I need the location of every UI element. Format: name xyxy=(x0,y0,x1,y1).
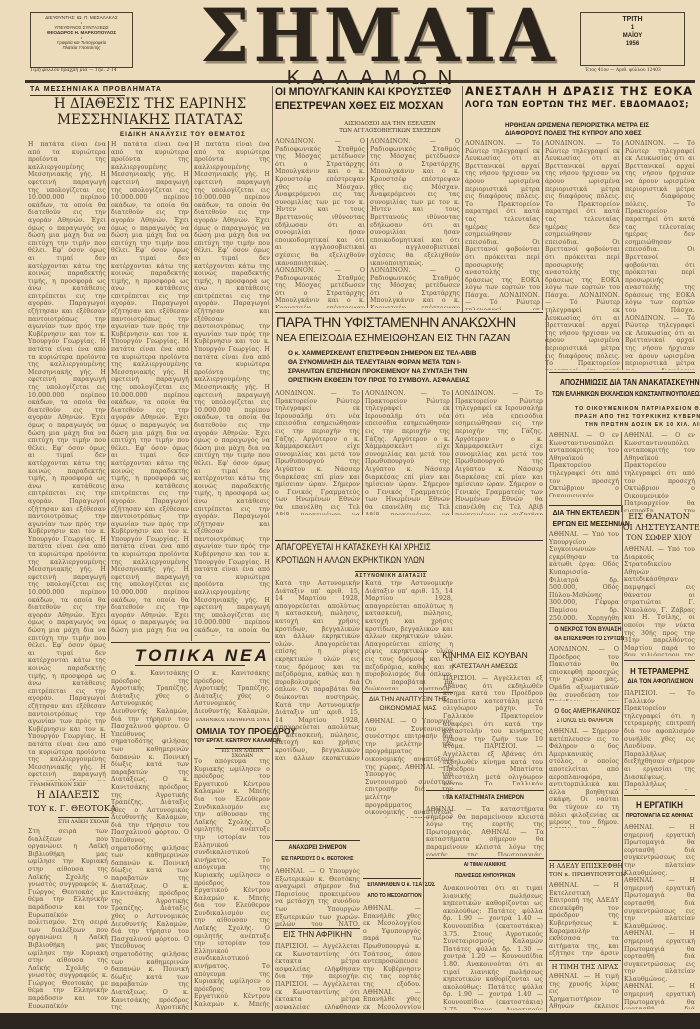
death-body: ΑΘΗΝΑΙ. — Υπό του Διαρκούς Στρατοδικείου… xyxy=(624,546,695,656)
patriarchate-headline-2: ΤΩΝ ΕΛΛΗΝΙΚΩΝ ΕΚΚΛΗΣΙΩΝ ΚΩΝΣΤΑΝΤΙΝΟΥΠΟΛΕ… xyxy=(552,391,700,398)
death-headline-1: ΕΙΣ ΘΑΝΑΤΟΝ xyxy=(623,512,695,521)
theotokas-kicker: ΓΡΑΜΜΑΤΙΚΟΝ ΣΚΙΡ xyxy=(30,782,86,788)
gaza-body-col3: ΛΟΝΔΙΝΟΝ. — Το Πρακτορείον Ρώυτερ τηλεγρ… xyxy=(455,390,543,515)
date-box: ΤΡΙΤΗ 1 ΜΑΪΟΥ 1956 xyxy=(580,12,685,66)
patriarchate-subhead-3: ΤΗΝ ΠΡΩΤΗΝ ΔΟΣΙΝ ΕΚ 10 ΧΙΛ. ΛΙΡΩΝ xyxy=(585,422,700,428)
labor-speech-kicker: ΕΛΛΗΝΙΚΟΣ ΕΛΕΥΘΕΡΟΣ ΣΥΝΔΙΚΑΛΙΣΜΟΣ xyxy=(196,718,270,723)
fireworks-body-col1: Κατά την Αστυνομικήν Διάταξιν υπ' αριθ. … xyxy=(275,580,360,760)
labor-speech-headline-2: ΤΟΥ ΕΡΓΑΤ. ΚΕΝΤΡΟΥ ΚΑΛΑΜΩΝ xyxy=(194,738,272,744)
pound-body: ΑΘΗΝΑΙ. — Η τιμή της χρυσής λίρας εις το… xyxy=(549,973,619,1009)
local-news-body-col2: Ο κ. Κανιτσάκης πρόεδρος της Αγροτικής Τ… xyxy=(194,670,270,715)
tsatsos-body: ΑΘΗΝΑΙ. — Επανήλθε χθες εκ Μεσολογγίου ο… xyxy=(363,905,421,1009)
stores-headline: ΤΑ ΚΑΤΑΣΤΗΜΑΤΑ ΣΗΜΕΡΟΝ xyxy=(435,794,535,801)
adedy-body: ΑΘΗΝΑΙ. — Η Εκτελεστική Επιτροπή της ΑΔΕ… xyxy=(549,882,619,957)
stores-body: ΑΘΗΝΑΙ. — Τα καταστήματα σήμερον θα παρα… xyxy=(426,806,544,856)
adedy-headline-1: Η ΑΔΕΔΥ ΕΠΙΣΚΕΦΘΗ xyxy=(549,863,621,870)
day-number: 1 xyxy=(581,24,684,32)
labor-speech-headline-1: ΟΜΙΛΙΑ ΤΟΥ ΠΡΟΕΔΡΟΥ xyxy=(196,726,270,736)
gaza-headline-2: ΝΕΑ ΕΠΕΙΣΟΔΙΑ ΕΣΗΜΕΙΩΘΗΣΑΝ ΕΙΣ ΤΗΝ ΓΑΖΑΝ xyxy=(276,333,510,344)
bulganin-subhead-1: ΑΙΣΙΟΔΟΞΟΙ ΔΙΑ ΤΗΝ ΕΞΕΛΙΞΙΝ xyxy=(320,121,460,127)
gaza-subhead-4: ΟΡΙΣΤΙΚΗΝ ΕΚΘΕΣΙΝ ΤΟΥ ΠΡΟΣ ΤΟ ΣΥΜΒΟΥΛ. Α… xyxy=(288,377,470,384)
masthead-title: ΣΗΜΑΙΑ xyxy=(200,0,555,71)
theotokas-headline-1: Η ΔΙΑΛΕΞΙΣ xyxy=(28,790,108,801)
pound-headline: Η ΤΙΜΗ ΤΗΣ ΛΙΡΑΣ xyxy=(549,963,621,971)
american-headline-1: Ο 6ος ΑΜΕΡΙΚΑΝΙΚΟΣ xyxy=(554,706,615,715)
newspaper-page: ΔΙΕΥΘΥΝΤΗΣ: ΙΩ. Π. ΜΕΣΑΛΑΚΑΣ • ΥΠΕΥΘΥΝΟΣ… xyxy=(0,0,700,1029)
theotokis-headline-2: ΕΙΣ ΠΑΡΙΣΙΟΥΣ Ο κ. ΘΕΟΤΟΚΗΣ xyxy=(281,856,353,862)
may-day-headline-2: ΠΡΩΤΟΜΑΓΙΑ ΕΙΣ ΑΘΗΝΑΣ xyxy=(624,813,695,819)
bulganin-headline-1: ΟΙ ΜΠΟΥΛΓΚΑΝΙΝ ΚΑΙ ΚΡΟΥΣΤΣΕΦ xyxy=(275,86,451,98)
eoka-headline-1: ΑΝΕΣΤΑΛΗ Η ΔΡΑΣΙΣ ΤΗΣ ΕΟΚΑ xyxy=(465,84,693,98)
labor-speech-body: Το απόγευμα της Κυριακής ωμίλησεν ο πρόε… xyxy=(194,758,270,1008)
eoka-body-col1: ΛΟΝΔΙΝΟΝ. — Τό Ρώυτερ τηλεγραφεί εκ Λευκ… xyxy=(465,140,540,310)
eoka-body-col2: ΛΟΝΔΙΝΟΝ. — Τό Ρώυτερ τηλεγραφεί εκ Λευκ… xyxy=(545,140,620,370)
american-body: ΑΘΗΝΑΙ. — Σήμερον κατέπλευσεν εις το Φάλ… xyxy=(549,728,619,828)
africa-headline: ΕΙΣ ΤΗΝ ΑΦΡΙΚΗΝ xyxy=(275,930,360,939)
eoka-subhead-1: ΗΡΘΗΣΑΝ ΩΡΙΣΜΕΝΑ ΠΕΡΙΟΡΙΣΤΙΚΑ ΜΕΤΡΑ ΕΙΣ xyxy=(505,122,649,129)
address-line: Πλατεία Υπαπαντής xyxy=(34,45,129,50)
fireworks-headline-2: ΚΡΟΤΙΔΩΝ Η ΑΛΛΩΝ ΕΚΡΗΚΤΙΚΩΝ ΥΛΩΝ xyxy=(276,555,424,566)
potato-headline-1: Η ΔΙΑΘΕΣΙΣ ΤΗΣ ΕΑΡΙΝΗΣ xyxy=(30,96,270,112)
potato-headline-2: ΜΕΣΣΗΝΙΑΚΗΣ ΠΑΤΑΤΑΣ xyxy=(30,112,270,128)
bulganin-headline-2: ΕΠΕΣΤΡΕΨΑΝ ΧΘΕΣ ΕΙΣ ΜΟΣΧΑΝ xyxy=(275,100,443,112)
economy-body: ΑΘΗΝΑΙ. — Ο Υπουργός του Συντονισμού συν… xyxy=(365,718,453,818)
patriarchate-headline-1: ΑΠΟΖΗΜΙΩΣΙΣ ΔΙΑ ΤΑΝ ΑΝΑΚΑΤΑΣΚΕΥΗΝ xyxy=(560,378,700,387)
theotokas-headline-2: ΤΟΥ κ. Γ. ΘΕΟΤΟΚΑ xyxy=(28,804,108,814)
tetramerhs-body: ΠΑΡΙΣΙΟΙ. — Το Γαλλικόν Πρακτορείον τηλε… xyxy=(624,690,695,790)
masthead-rule xyxy=(25,80,695,83)
prices-headline-2: ΠΩΛΗΣΕΩΣ ΚΗΠΟΥΡΙΚΩΝ xyxy=(435,873,535,879)
gaza-body-col1: ΛΟΝΔΙΝΟΝ. — Το Πρακτορείον Ρώυτερ τηλεγρ… xyxy=(275,390,360,515)
issue-note: Έτος 41ον — Αριθ. φύλλου 12403 xyxy=(585,68,661,73)
year: 1956 xyxy=(581,40,684,48)
weekday: ΤΡΙΤΗ xyxy=(581,15,684,24)
theotokas-body: Στη σειρά των διαλέξεων που οργανώνει η … xyxy=(28,828,108,1008)
american-headline-2: ΣΤΟΛΟΣ ΕΙΣ ΦΑΛΗΡΟΝ xyxy=(554,718,615,724)
may-day-body: ΑΘΗΝΑΙ. — Η σημερινή εργατική Πρωτομαγιά… xyxy=(624,824,695,1009)
cuba-body: ΠΑΡΙΣΙΟΙ. — Αγγέλλεται εξ Αβάνας ότι εκδ… xyxy=(443,675,543,785)
gaza-subhead-1: Ο κ. ΧΑΜΜΕΡΣΚΕΛΝΤ ΕΠΙΣΤΡΕΦΩΝ ΣΗΜΕΡΟΝ ΕΙΣ… xyxy=(288,350,476,357)
may-day-headline-1: Η ΕΡΓΑΤΙΚΗ xyxy=(628,800,692,810)
patriarchate-subhead-1: ΤΟ ΟΙΚΟΥΜΕΝΙΚΟΝ ΠΑΤΡΙΑΡΧΕΙΟΝ ΘΑ ΕΙΣ- xyxy=(575,406,700,412)
hearse-headline-1: Ο ΝΕΚΡΟΣ ΤΟΝ ΒΥΛΙΑΣΗ xyxy=(554,626,615,633)
cuba-headline-1: ΚΙΝΗΜΑ ΕΙΣ ΚΟΥΒΑΝ xyxy=(426,650,544,660)
fireworks-subhead: ΑΣΤΥΝΟΜΙΚΗ ΔΙΑΤΑΞΙΣ xyxy=(355,571,427,579)
potato-kicker: ΤΑ ΜΕΣΣΗΝΙΑΚΑ ΠΡΟΒΛΗΜΑΤΑ xyxy=(30,86,162,93)
africa-body: ΠΑΡΙΣΙΟΙ. — Αγγέλλεται εκ Κωνσταντίνης ό… xyxy=(275,943,360,1009)
price-note: Τιμή φύλλου δραχμή μία — Τηλ. 2-14 xyxy=(30,68,117,73)
tetramerhs-headline-1: Η ΤΕΤΡΑΜΕΡΗΣ xyxy=(628,666,692,676)
execution-headline-2: ΕΡΓΩΝ ΕΙΣ ΜΕΣΣΗΝΙΑΝ xyxy=(553,519,618,528)
patriarchate-body-col2: ΑΘΗΝΑΙ. — Ο εν Κωνσταντινουπόλει ανταποκ… xyxy=(624,432,695,512)
month: ΜΑΪΟΥ xyxy=(581,32,684,40)
scan-bottom-edge xyxy=(0,1013,700,1029)
eoka-subhead-2: ΔΙΑΦΟΡΟΥΣ ΠΟΛΕΙΣ ΤΗΣ ΚΥΠΡΟΥ ΑΠΟ ΧΘΕΣ xyxy=(505,130,642,137)
fireworks-headline-1: ΑΠΑΓΟΡΕΥΕΤΑΙ Η ΚΑΤΑΣΚΕΥΗ ΚΑΙ ΧΡΗΣΙΣ xyxy=(276,542,431,553)
theotokas-subhead: ΣΤΗ ΛΑΪΚΗ ΣΧΟΛΗ xyxy=(58,817,109,825)
hearse-headline-2: ΘΑ ΕΠΙΣΚΕΦΘΗ ΤΟ ΣΥΡΤΩΝ xyxy=(554,636,615,642)
local-news-body-col1: Ο κ. Κανιτσάκης πρόεδρος της Αγροτικής Τ… xyxy=(111,670,189,1010)
hearse-body: ΛΟΝΔΙΝΟΝ. — Ο Πρόεδρος του Πακιστάν θα ε… xyxy=(549,646,619,701)
patriarchate-body-col1: ΑΘΗΝΑΙ. — Ο εν Κωνσταντινουπόλει ανταποκ… xyxy=(549,432,619,497)
theotokis-body: ΑΘΗΝΑΙ. — Ο Υπουργός Εξωτερικών κ. Θεοτό… xyxy=(275,868,360,928)
potato-subhead: ΕΙΔΙΚΗ ΑΝΑΛΥΣΙΣ ΤΟΥ ΘΕΜΑΤΟΣ xyxy=(120,131,246,138)
adedy-headline-2: ΤΟΝ κ. ΠΡΩΘΥΠΟΥΡΓΟΝ xyxy=(549,872,621,878)
tsatsos-headline-1: ΕΠΑΝΗΛΘΕΝ Ο κ. ΤΣΑΤΣΟΣ xyxy=(367,882,416,888)
execution-body: ΑΘΗΝΑΙ. — Υπό του Υπουργείου Συγκοινωνιώ… xyxy=(549,531,619,621)
editorial-credits-box: ΔΙΕΥΘΥΝΤΗΣ: ΙΩ. Π. ΜΕΣΑΛΑΚΑΣ • ΥΠΕΥΘΥΝΟΣ… xyxy=(30,12,133,68)
eoka-body-col3: ΛΟΝΔΙΝΟΝ. — Τό Ρώυτερ τηλεγραφεί εκ Λευκ… xyxy=(625,140,695,370)
tsatsos-headline-2: ΑΠΟ ΤΟ ΜΕΣΟΛΟΓΓΙΟΝ xyxy=(367,893,416,899)
bulganin-body-col1: ΛΟΝΔΙΝΟΝ. — Ο Ραδιοφωνικός Σταθμός της Μ… xyxy=(275,138,365,308)
death-headline-3: ΤΟΝ ΣΩΦΕΡ ΧΙΟΥ xyxy=(623,534,695,542)
theotokis-headline-1: ΑΝΑΧΩΡΕΙ ΣΗΜΕΡΟΝ xyxy=(281,844,353,851)
local-news-headline: ΤΟΠΙΚΑ ΝΕΑ xyxy=(135,646,270,666)
cuba-headline-2: ΚΑΤΕΣΤΑΛΗ ΑΜΕΣΩΣ xyxy=(426,663,544,670)
fireworks-body-col2: Κατά την Αστυνομικήν Διάταξιν υπ' αριθ. … xyxy=(365,580,453,690)
tetramerhs-headline-2: ΔΙΑ ΤΟΝ ΑΦΟΠΛΙΣΜΟΝ xyxy=(628,678,692,685)
potato-body: Η πατάτα είναι ένα από τα κυριώτερα προϊ… xyxy=(28,141,106,781)
prices-headline-1: ΑΙ ΤΙΜΑΙ ΛΙΑΝΙΚΗΣ xyxy=(435,862,535,868)
economy-headline: ΔΙΑ ΤΗΝ ΑΝΑΠΤΥΞΙΝ ΤΗΣ ΟΙΚΟΝΟΜΙΑΣ ΜΑΣ xyxy=(363,695,453,713)
eoka-headline-2: ΛΟΓΩ ΤΩΝ ΕΟΡΤΩΝ ΤΗΣ ΜΕΓ. ΕΒΔΟΜΑΔΟΣ; xyxy=(465,100,689,110)
death-headline-2: ΟΙ ΛΗΣΤΕΥΣΑΝΤΕΣ xyxy=(623,523,695,532)
gaza-subhead-2: ΘΑ ΣΥΝΟΜΙΛΗΣΗ ΔΙΑ ΤΕΛΕΥΤΑΙΑΝ ΦΟΡΑΝ ΜΕΤΑ … xyxy=(288,359,461,366)
prices-body: Ανακοινούται ότι αι τιμαί λιανικής πωλήσ… xyxy=(443,885,543,1010)
gaza-headline-1: ΠΑΡΑ ΤΗΝ ΥΦΙΣΤΑΜΕΝΗΝ ΑΝΑΚΩΧΗΝ xyxy=(276,314,516,330)
patriarchate-subhead-2: ΠΡΑΞΗ ΑΠΟ ΤΗΣ ΤΟΥΡΚΙΚΗΣ ΚΥΒΕΡΝΗΣΕΩΣ xyxy=(575,414,700,420)
bulganin-subhead-2: ΤΩΝ ΑΓΓΛΟΣΟΒΙΕΤΙΚΩΝ ΣΧΕΣΕΩΝ xyxy=(320,128,460,134)
gaza-subhead-3: ΣΡΑΗΛΙΤΩΝ ΕΠΙΣΗΜΩΝ ΠΡΟΚΕΙΜΕΝΟΥ ΝΑ ΣΥΝΤΑΞ… xyxy=(288,368,467,375)
gaza-body-col2: ΛΟΝΔΙΝΟΝ. — Το Πρακτορείον Ρώυτερ τηλεγρ… xyxy=(365,390,450,515)
bulganin-body-col2: ΛΟΝΔΙΝΟΝ. — Ο Ραδιοφωνικός Σταθμός της Μ… xyxy=(370,138,460,308)
potato-body-col2: Η πατάτα είναι ένα από τα κυριώτερα προϊ… xyxy=(111,141,189,636)
execution-headline-1: ΔΙΑ ΤΗΝ ΕΚΤΕΛΕΣΙΝ xyxy=(553,508,618,517)
potato-body-col3: Η πατάτα είναι ένα από τα κυριώτερα προϊ… xyxy=(194,141,270,636)
